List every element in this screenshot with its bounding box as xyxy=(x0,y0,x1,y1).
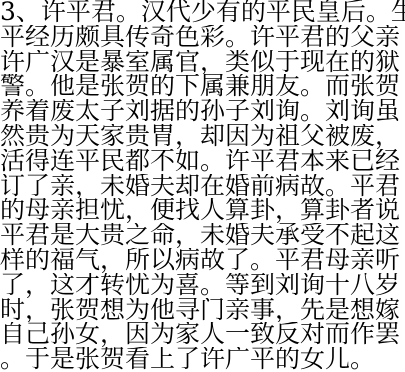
text-line: 然贵为天家贵胄，却因为祖父被废， xyxy=(0,124,405,149)
text-line: 3、许平君。汉代少有的平民皇后。生 xyxy=(0,0,405,25)
text-line: 平君是大贵之命，未婚夫承受不起这 xyxy=(0,223,405,248)
text-line: 订了亲，未婚夫却在婚前病故。平君 xyxy=(0,174,405,199)
text-line: 活得连平民都不如。许平君本来已经 xyxy=(0,149,405,174)
text-line: 养着废太子刘据的孙子刘询。刘询虽 xyxy=(0,99,405,124)
text-line: 了，这才转忧为喜。等到刘询十八岁 xyxy=(0,273,405,298)
text-line: 自己孙女，因为家人一致反对而作罢 xyxy=(0,322,405,347)
text-line: 时，张贺想为他寻门亲事，先是想嫁 xyxy=(0,298,405,323)
text-line: 的母亲担忧，便找人算卦，算卦者说 xyxy=(0,198,405,223)
document-page: 3、许平君。汉代少有的平民皇后。生平经历颇具传奇色彩。许平君的父亲许广汉是暴室属… xyxy=(0,0,405,372)
text-line: 样的福气，所以病故了。平君母亲听 xyxy=(0,248,405,273)
text-line: 许广汉是暴室属官，类似于现在的狱 xyxy=(0,50,405,75)
text-line: 警。他是张贺的下属兼朋友。而张贺 xyxy=(0,74,405,99)
text-line: 。于是张贺看上了许广平的女儿。 xyxy=(0,347,405,372)
text-line: 平经历颇具传奇色彩。许平君的父亲 xyxy=(0,25,405,50)
text-paragraph: 3、许平君。汉代少有的平民皇后。生平经历颇具传奇色彩。许平君的父亲许广汉是暴室属… xyxy=(0,0,405,372)
